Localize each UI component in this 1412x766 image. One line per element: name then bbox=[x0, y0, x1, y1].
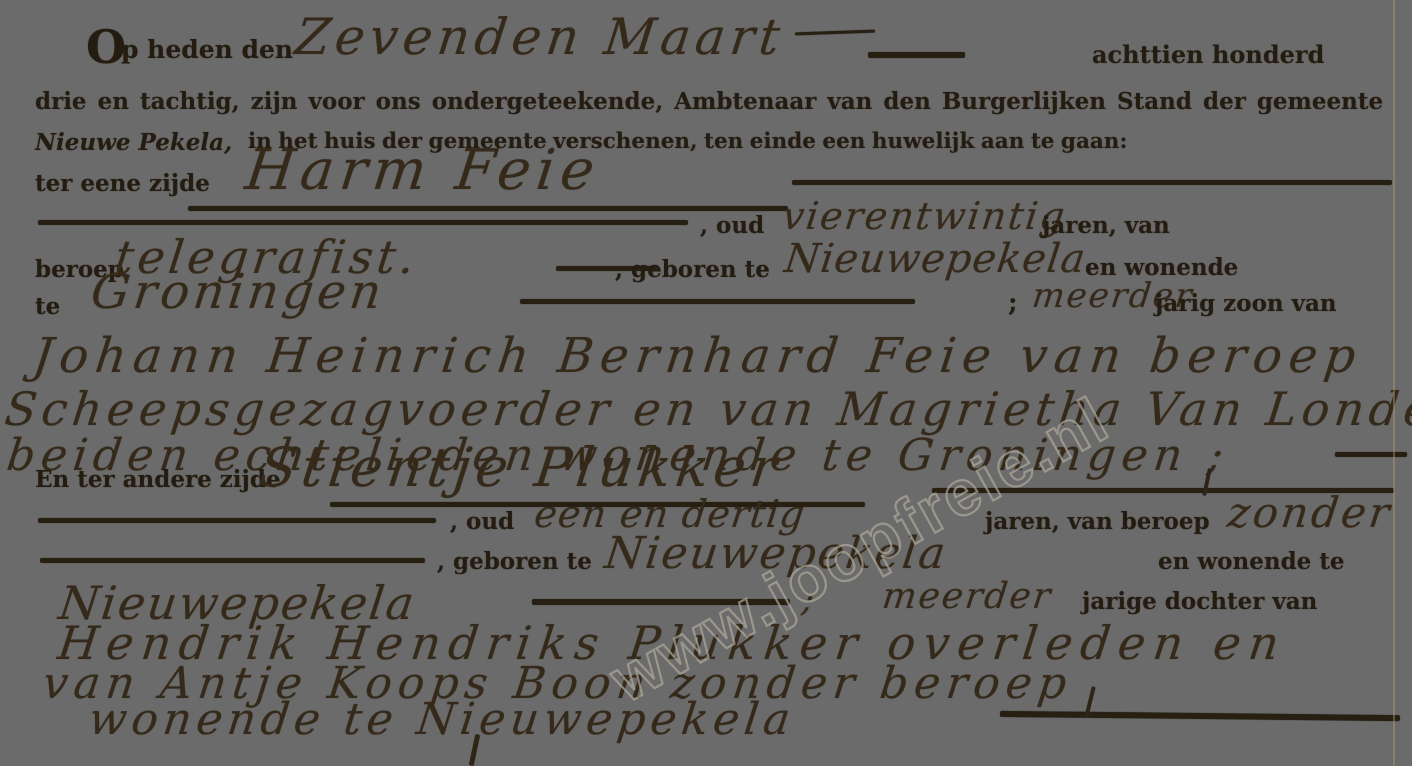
groom-side-label: ter eene zijde bbox=[35, 170, 210, 197]
jarige-dochter-label: jarige dochter van bbox=[1082, 588, 1317, 615]
groom-name: Harm Feie bbox=[242, 138, 604, 203]
ink-rule bbox=[792, 180, 1392, 185]
ink-rule bbox=[1000, 711, 1400, 721]
groom-residence: Groningen bbox=[88, 264, 388, 320]
te-label: te bbox=[35, 293, 60, 320]
jaren-label: jaren, van bbox=[1042, 212, 1170, 239]
groom-age: vierentwintig bbox=[780, 194, 1069, 238]
marriage-certificate-scan: O p heden den Zevenden Maart achttien ho… bbox=[0, 0, 1412, 766]
ink-rule bbox=[40, 558, 425, 563]
bride-name: Stientje Plukker bbox=[256, 436, 786, 499]
groom-parents-line2: Scheepsgezagvoerder en van Magrietha Van… bbox=[2, 382, 1412, 436]
ink-rule bbox=[38, 518, 436, 523]
oud-label: , oud bbox=[700, 212, 764, 239]
geboren-label: , geboren te bbox=[615, 256, 770, 283]
ink-rule bbox=[520, 299, 915, 304]
paper-crease bbox=[1393, 0, 1395, 766]
year-print: achttien honderd bbox=[1092, 40, 1324, 69]
ink-rule bbox=[38, 220, 688, 225]
opening-text: p heden den bbox=[121, 35, 293, 64]
bride-parents-residence: wonende te Nieuwepekela bbox=[86, 694, 798, 745]
wonende-te-label: en wonende te bbox=[1158, 548, 1345, 575]
handwritten-date: Zevenden Maart bbox=[292, 8, 788, 66]
jaren-beroep-label: jaren, van beroep bbox=[985, 508, 1210, 535]
municipality-name: Nieuwe Pekela, bbox=[35, 129, 232, 156]
groom-parents-line1: Johann Heinrich Bernhard Feie van beroep bbox=[30, 328, 1366, 384]
oud-label-bride: , oud bbox=[450, 508, 514, 535]
jarig-zoon-label: jarig zoon van bbox=[1155, 290, 1337, 317]
ink-dash bbox=[868, 52, 965, 58]
ink-dash bbox=[1335, 452, 1407, 457]
bride-meerderjarig: meerder bbox=[880, 576, 1055, 617]
bride-occupation: zonder bbox=[1225, 488, 1395, 537]
bride-side-label: En ter andere zijde bbox=[35, 466, 281, 493]
groom-name-underline bbox=[188, 206, 788, 211]
geboren-label-bride: , geboren te bbox=[437, 548, 592, 575]
semicolon: ; bbox=[1008, 288, 1018, 318]
line2-print: drie en tachtig, zijn voor ons ondergete… bbox=[35, 88, 1383, 115]
ink-dash bbox=[795, 30, 875, 36]
